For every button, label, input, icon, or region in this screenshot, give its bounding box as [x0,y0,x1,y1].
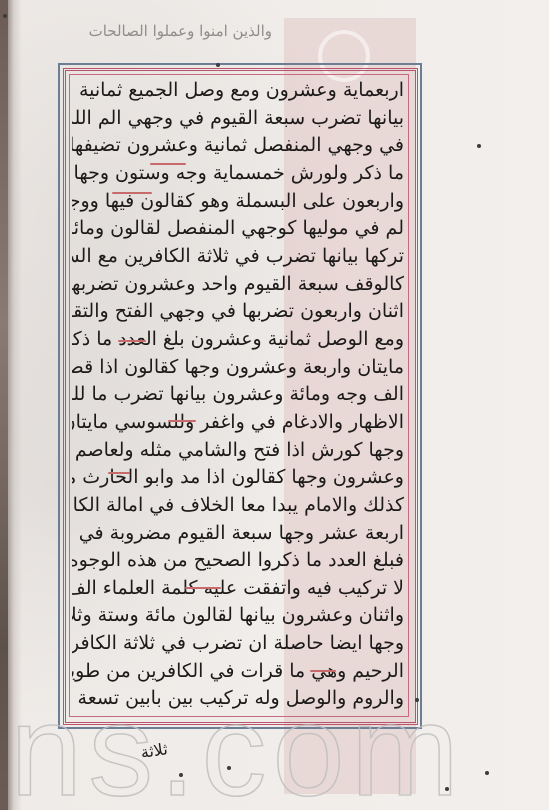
rubric-mark [108,472,130,474]
paper-speck [415,698,419,702]
rubric-mark [310,670,336,672]
paper-speck [179,773,183,777]
manuscript-page: والذين امنوا وعملوا الصالحات اربعماية وع… [0,0,549,810]
paper-speck [227,766,231,770]
text-line: اثنان واربعون تضربها في وجهي الفتح والتق… [72,297,404,325]
text-line: ما ذكر ولورش خمسماية وجه وستون وجها اربع… [72,159,404,187]
text-line: فبلغ العدد ما ذكروا الصحيح من هذه الوجوه… [72,546,404,574]
text-line: وعشرون وجها كقالون اذا مد وابو الحارث مث… [72,463,404,491]
text-line: اربعماية وعشرون ومع وصل الجميع ثمانية وع… [72,76,404,104]
text-line: وجها ايضا حاصلة ان تضرب في ثلاثة الكافري… [72,629,404,657]
rubric-mark [112,192,152,194]
rubric-mark [168,420,196,422]
paper-speck [3,14,7,18]
text-line: مايتان واربعة وعشرون وجها كقالون اذا قصر… [72,353,404,381]
rubric-mark [185,587,221,589]
text-line: الاظهار والادغام في واغفر وللسوسي مايتان… [72,408,404,436]
rubric-mark [118,340,146,342]
rubric-mark [150,163,186,165]
text-line: كذلك والامام يبدا معا الخلاف في امالة ال… [72,491,404,519]
watermark-text: ns.com [10,690,465,810]
paper-speck [485,771,489,775]
text-line: لم في موليها كوجهي المنفصل لقالون ومائة … [72,214,404,242]
text-line: اربعة عشر وجها سبعة القيوم مضروبة في وجه… [72,519,404,547]
text-line: لا تركيب فيه واتفقت عليه كلمة العلماء ال… [72,574,404,602]
binding-shadow [0,0,8,810]
text-line: واثنان وعشرون بيانها لقالون مائة وستة وث… [72,601,404,629]
paper-speck [477,144,481,148]
paper-speck [216,63,220,67]
text-line: الف وجه ومائة وعشرون بيانها تضرب ما للدو… [72,380,404,408]
manuscript-text-block: اربعماية وعشرون ومع وصل الجميع ثمانية وع… [72,76,404,712]
text-line: كالوقف سبعة القيوم واحد وعشرون تضربها في… [72,270,404,298]
paper-speck [445,787,449,791]
text-line: واربعون على البسملة وهو كقالون فيها ووجه… [72,187,404,215]
text-line: في وجهي المنفصل ثمانية وعشرون تضيفها الى… [72,131,404,159]
text-line: وجها كورش اذا فتح والشامي مثله ولعاصم ما… [72,436,404,464]
text-line: ومع الوصل ثمانية وعشرون بلغ العدد ما ذكر… [72,325,404,353]
marginal-note: والذين امنوا وعملوا الصالحات [92,22,272,46]
text-line: تركها بيانها تضرب في ثلاثة الكافرين مع ا… [72,242,404,270]
text-line: بيانها تضرب سبعة القيوم في وجهي الم الله… [72,104,404,132]
